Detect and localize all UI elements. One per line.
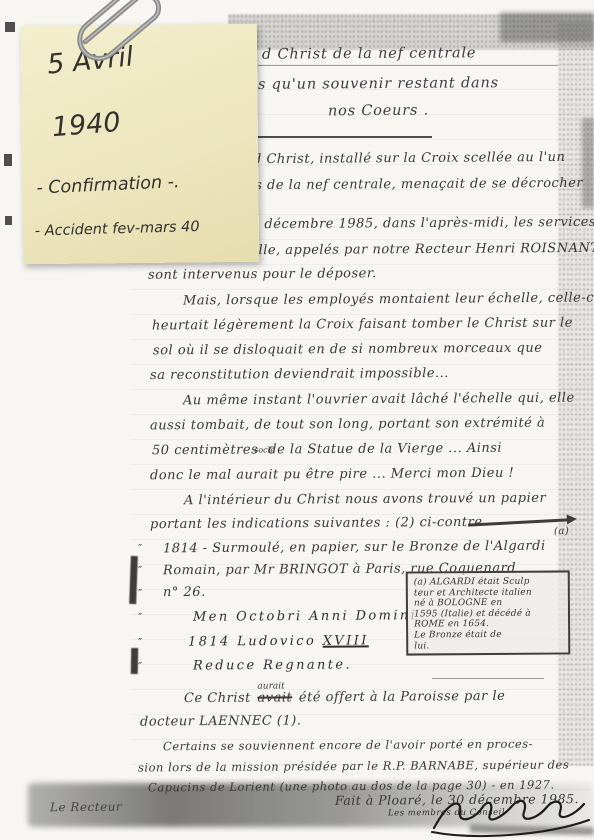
para6-line2: docteur LAENNEC (1). <box>140 713 302 729</box>
ditto-mark: ″ <box>138 542 142 555</box>
margin-mark <box>131 648 138 674</box>
correction-word: aurait <box>257 681 284 691</box>
para5-line1: A l'intérieur du Christ nous avons trouv… <box>184 491 546 509</box>
signature-scrawl <box>424 790 594 840</box>
para3-line4: sa reconstitution deviendrait impossible… <box>150 366 449 383</box>
para2-line3: sont intervenus pour le déposer. <box>148 266 377 283</box>
quote-line1: 1814 - Surmoulé, en papier, sur le Bronz… <box>163 539 546 557</box>
ditto-mark: ″ <box>138 564 142 577</box>
para4-line3: 50 centimètressoclede la Statue de la Vi… <box>152 441 502 458</box>
para7-line1: Certains se souviennent encore de l'avoi… <box>163 737 533 754</box>
scan-edge-mark <box>4 154 12 166</box>
annotation-box: (a) ALGARDI était Sculp teur et Architec… <box>406 570 571 655</box>
note-date-line2: 1940 <box>51 107 122 143</box>
para4-line3-post: de la Statue de la Vierge ... Ainsi <box>268 441 502 458</box>
header-line-2: s qu'un souvenir restant dans <box>258 75 499 93</box>
scanned-page: d Christ de la nef centrale s qu'un souv… <box>0 0 594 840</box>
para4-line3-pre: 50 centimètres <box>152 442 258 458</box>
note-item1: - Confirmation -. <box>36 172 180 198</box>
ditto-mark: ″ <box>138 660 142 673</box>
header-line-3: nos Coeurs . <box>328 103 429 120</box>
para7-line2: sion lors de la mission présidée par le … <box>138 757 569 774</box>
para3-line3: sol où il se disloquait en de si nombreu… <box>153 341 542 359</box>
para2-line2: ville, appelés par notre Recteur Henri R… <box>246 241 594 258</box>
closing-rector: Le Recteur <box>50 800 122 815</box>
para5-line2: portant les indications suivantes : (2) … <box>150 515 483 532</box>
ditto-mark: ″ <box>138 587 142 600</box>
reference-a-label: (a) <box>554 526 569 537</box>
para3-line2: heurtait légèrement la Croix faisant tom… <box>152 316 573 334</box>
header-underline <box>258 65 558 66</box>
para4-line4: donc le mal aurait pu être pire ... Merc… <box>150 466 514 484</box>
latin-block-underline <box>432 678 544 679</box>
quote-line5-pre: 1814 Ludovico <box>188 634 316 650</box>
margin-mark <box>129 556 138 604</box>
para6-post: été offert à la Paroisse par le <box>299 689 506 705</box>
note-item2: - Accident fev-mars 40 <box>35 219 200 240</box>
para1-line1: d Christ, installé sur la Croix scellée … <box>253 150 565 167</box>
para4-line1: Au même instant l'ouvrier avait lâché l'… <box>183 391 575 409</box>
para6-pre: Ce Christ <box>184 691 251 706</box>
struck-word: avait <box>257 690 292 705</box>
para1-line2: es de la nef centrale, menaçait de se dé… <box>247 176 583 193</box>
para2-line1: 3 décembre 1985, dans l'après-midi, les … <box>251 215 594 232</box>
quote-line5-numeral: XVIII <box>323 633 369 648</box>
quote-line5-latin: 1814 Ludovico XVIII <box>188 633 369 649</box>
scan-edge-mark <box>5 22 15 32</box>
divider-line <box>246 136 432 138</box>
paperclip-icon <box>55 0 215 74</box>
scan-edge-mark <box>5 216 12 225</box>
quote-line6-latin: Reduce Regnante. <box>193 657 352 673</box>
para4-line2: aussi tombait, de tout son long, portant… <box>150 416 545 434</box>
scan-noise-streak <box>582 118 594 208</box>
correction: auraitavait <box>255 690 294 705</box>
para6-line1: Ce Christ auraitavait été offert à la Pa… <box>184 689 505 706</box>
ditto-mark: ″ <box>138 611 142 624</box>
para3-line1: Mais, lorsque les employés montaient leu… <box>183 291 594 309</box>
ditto-mark: ″ <box>138 636 142 649</box>
quote-line4-latin: Men Octobri Anni Domini <box>193 608 417 625</box>
quote-line3: n° 26. <box>163 585 206 600</box>
annotation-line: lui. <box>414 640 564 652</box>
header-line-1: d Christ de la nef centrale <box>262 45 476 62</box>
insertion-word: socle <box>254 445 275 454</box>
